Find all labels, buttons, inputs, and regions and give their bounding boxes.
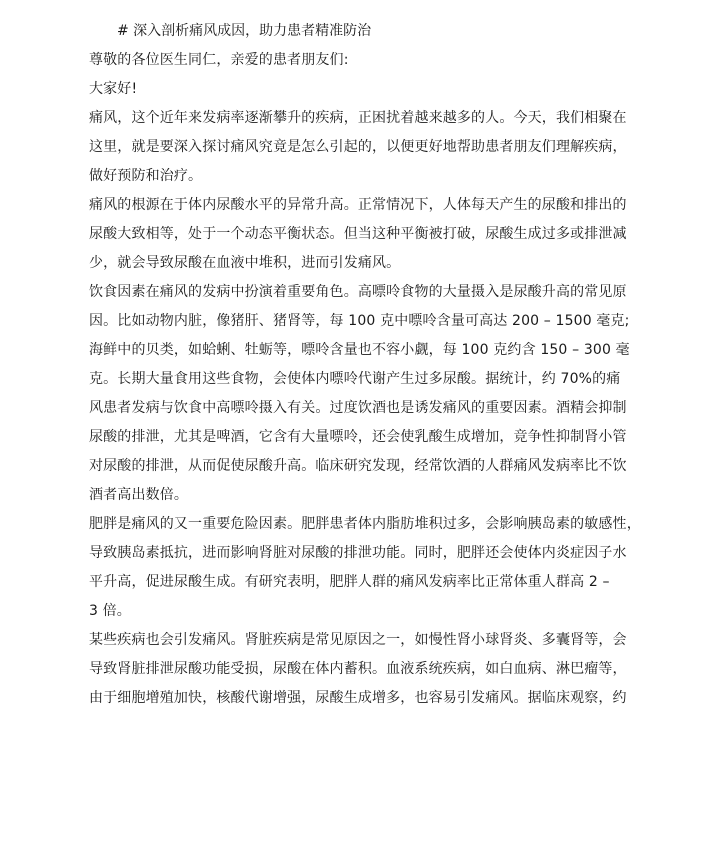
document-heading: # 深入剖析痛风成因，助力患者精准防治 xyxy=(89,17,631,46)
text-line: 克。长期大量食用这些食物，会使体内嘌呤代谢产生过多尿酸。据统计，约 70%的痛 xyxy=(89,365,631,394)
text-line: 少，就会导致尿酸在血液中堆积，进而引发痛风。 xyxy=(89,249,631,278)
paragraph-uric-acid: 痛风的根源在于体内尿酸水平的异常升高。正常情况下，人体每天产生的尿酸和排出的 尿… xyxy=(89,191,631,278)
text-line: 痛风，这个近年来发病率逐渐攀升的疾病，正困扰着越来越多的人。今天，我们相聚在 xyxy=(89,104,631,133)
text-line: 尿酸大致相等，处于一个动态平衡状态。但当这种平衡被打破，尿酸生成过多或排泄减 xyxy=(89,220,631,249)
paragraph-diseases: 某些疾病也会引发痛风。肾脏疾病是常见原因之一，如慢性肾小球肾炎、多囊肾等，会 导… xyxy=(89,626,631,713)
salutation: 尊敬的各位医生同仁，亲爱的患者朋友们: xyxy=(89,46,631,75)
paragraph-obesity: 肥胖是痛风的又一重要危险因素。肥胖患者体内脂肪堆积过多，会影响胰岛素的敏感性， … xyxy=(89,510,631,626)
text-line: 做好预防和治疗。 xyxy=(89,162,631,191)
document-page: # 深入剖析痛风成因，助力患者精准防治 尊敬的各位医生同仁，亲爱的患者朋友们: … xyxy=(89,17,631,713)
salutation-line: 尊敬的各位医生同仁，亲爱的患者朋友们: xyxy=(89,46,631,75)
text-line: 这里，就是要深入探讨痛风究竟是怎么引起的，以便更好地帮助患者朋友们理解疾病， xyxy=(89,133,631,162)
text-line: 导致肾脏排泄尿酸功能受损，尿酸在体内蓄积。血液系统疾病，如白血病、淋巴瘤等， xyxy=(89,655,631,684)
text-line: 导致胰岛素抵抗，进而影响肾脏对尿酸的排泄功能。同时，肥胖还会使体内炎症因子水 xyxy=(89,539,631,568)
paragraph-diet: 饮食因素在痛风的发病中扮演着重要角色。高嘌呤食物的大量摄入是尿酸升高的常见原 因… xyxy=(89,278,631,510)
text-line: 痛风的根源在于体内尿酸水平的异常升高。正常情况下，人体每天产生的尿酸和排出的 xyxy=(89,191,631,220)
greeting-line: 大家好! xyxy=(89,75,631,104)
text-line: 海鲜中的贝类，如蛤蜊、牡蛎等，嘌呤含量也不容小觑，每 100 克约含 150 –… xyxy=(89,336,631,365)
text-line: 3 倍。 xyxy=(89,597,631,626)
text-line: 饮食因素在痛风的发病中扮演着重要角色。高嘌呤食物的大量摄入是尿酸升高的常见原 xyxy=(89,278,631,307)
text-line: 风患者发病与饮食中高嘌呤摄入有关。过度饮酒也是诱发痛风的重要因素。酒精会抑制 xyxy=(89,394,631,423)
text-line: 酒者高出数倍。 xyxy=(89,481,631,510)
text-line: 尿酸的排泄，尤其是啤酒，它含有大量嘌呤，还会使乳酸生成增加，竞争性抑制肾小管 xyxy=(89,423,631,452)
text-line: 肥胖是痛风的又一重要危险因素。肥胖患者体内脂肪堆积过多，会影响胰岛素的敏感性， xyxy=(89,510,631,539)
text-line: 由于细胞增殖加快，核酸代谢增强，尿酸生成增多，也容易引发痛风。据临床观察，约 xyxy=(89,684,631,713)
text-line: 因。比如动物内脏，像猪肝、猪肾等，每 100 克中嘌呤含量可高达 200 – 1… xyxy=(89,307,631,336)
text-line: 某些疾病也会引发痛风。肾脏疾病是常见原因之一，如慢性肾小球肾炎、多囊肾等，会 xyxy=(89,626,631,655)
text-line: 对尿酸的排泄，从而促使尿酸升高。临床研究发现，经常饮酒的人群痛风发病率比不饮 xyxy=(89,452,631,481)
greeting: 大家好! xyxy=(89,75,631,104)
paragraph-intro: 痛风，这个近年来发病率逐渐攀升的疾病，正困扰着越来越多的人。今天，我们相聚在 这… xyxy=(89,104,631,191)
text-line: 平升高，促进尿酸生成。有研究表明，肥胖人群的痛风发病率比正常体重人群高 2 – xyxy=(89,568,631,597)
